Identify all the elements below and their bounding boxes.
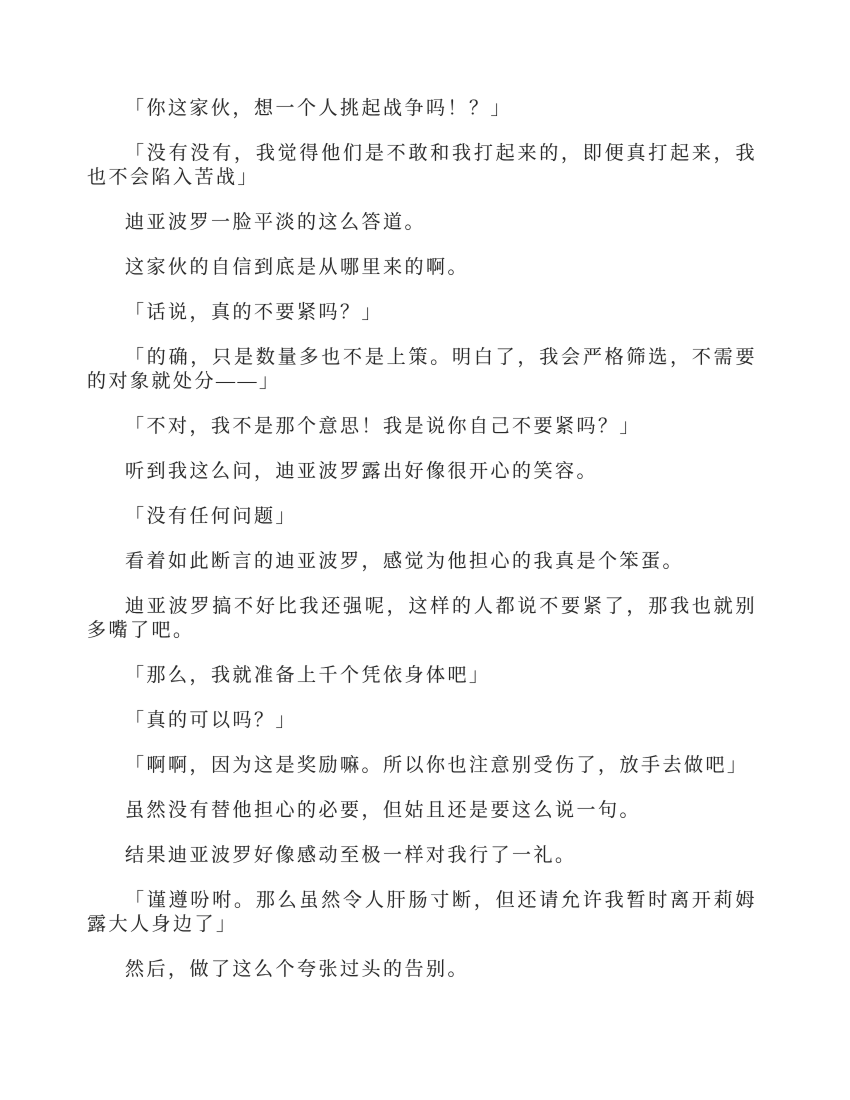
paragraph: 看着如此断言的迪亚波罗，感觉为他担心的我真是个笨蛋。 bbox=[87, 550, 757, 574]
paragraph: 「你这家伙，想一个人挑起战争吗！？」 bbox=[87, 97, 757, 121]
paragraph: 「那么，我就准备上千个凭依身体吧」 bbox=[87, 664, 757, 688]
paragraph: 「没有没有，我觉得他们是不敢和我打起来的，即便真打起来，我也不会陷入苦战」 bbox=[87, 142, 757, 190]
paragraph: 迪亚波罗搞不好比我还强呢，这样的人都说不要紧了，那我也就别多嘴了吧。 bbox=[87, 595, 757, 643]
paragraph: 然后，做了这么个夸张过头的告别。 bbox=[87, 958, 757, 982]
paragraph: 这家伙的自信到底是从哪里来的啊。 bbox=[87, 256, 757, 280]
paragraph: 「话说，真的不要紧吗？」 bbox=[87, 301, 757, 325]
paragraph: 虽然没有替他担心的必要，但姑且还是要这么说一句。 bbox=[87, 799, 757, 823]
paragraph: 「谨遵吩咐。那么虽然令人肝肠寸断，但还请允许我暂时离开莉姆露大人身边了」 bbox=[87, 889, 757, 937]
paragraph: 「不对，我不是那个意思！我是说你自己不要紧吗？」 bbox=[87, 415, 757, 439]
paragraph: 「真的可以吗？」 bbox=[87, 709, 757, 733]
paragraph: 「啊啊，因为这是奖励嘛。所以你也注意别受伤了，放手去做吧」 bbox=[87, 754, 757, 778]
paragraph: 结果迪亚波罗好像感动至极一样对我行了一礼。 bbox=[87, 844, 757, 868]
novel-reader-page: 「你这家伙，想一个人挑起战争吗！？」 「没有没有，我觉得他们是不敢和我打起来的，… bbox=[0, 0, 850, 1100]
paragraph: 「的确，只是数量多也不是上策。明白了，我会严格筛选，不需要的对象就处分——」 bbox=[87, 346, 757, 394]
paragraph: 听到我这么问，迪亚波罗露出好像很开心的笑容。 bbox=[87, 460, 757, 484]
paragraph: 迪亚波罗一脸平淡的这么答道。 bbox=[87, 211, 757, 235]
paragraph: 「没有任何问题」 bbox=[87, 505, 757, 529]
